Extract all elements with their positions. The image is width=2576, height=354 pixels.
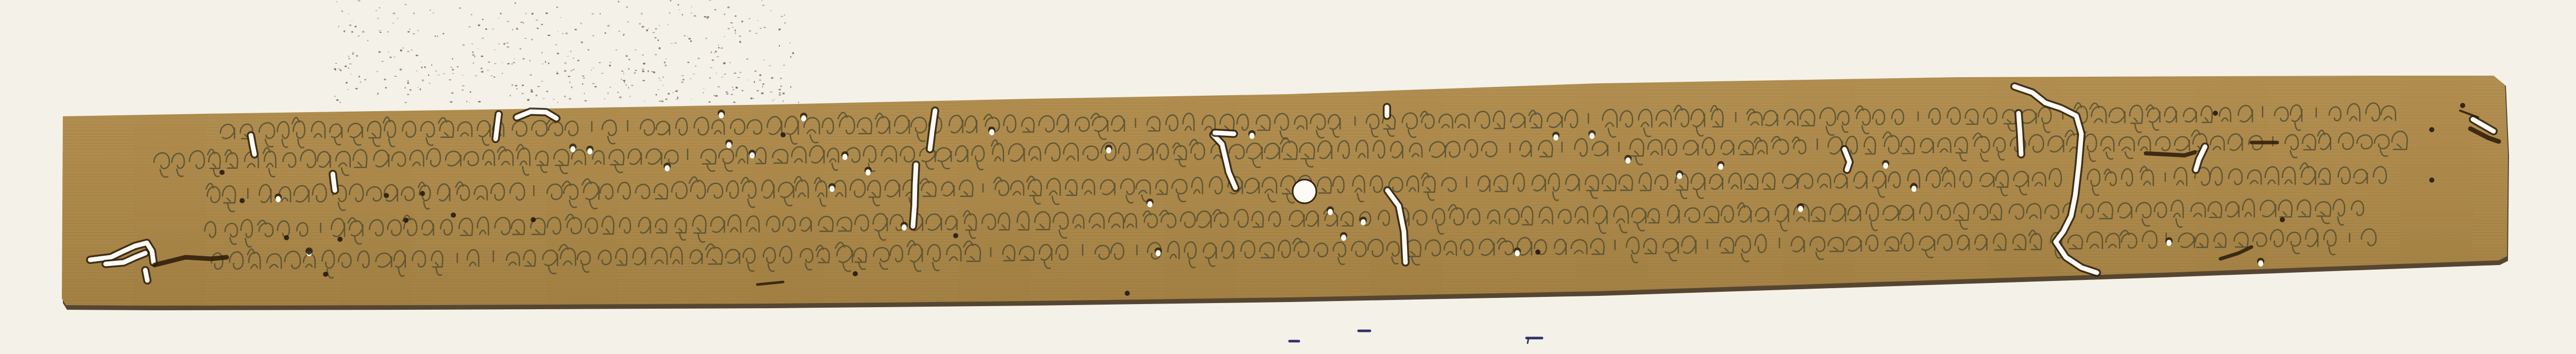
worm-tunnel-tunnel-x2430 <box>1215 133 1234 134</box>
dark-spot <box>240 198 245 203</box>
dark-spot <box>337 237 343 242</box>
dark-streak <box>2146 152 2195 155</box>
dark-spot <box>284 235 289 240</box>
dark-spot <box>451 213 456 218</box>
dark-spot <box>420 191 425 196</box>
dark-spot <box>953 233 958 238</box>
dark-spot <box>531 217 536 222</box>
dark-spot <box>2429 127 2434 132</box>
dark-spot <box>2429 178 2434 183</box>
dark-spot <box>384 193 389 198</box>
worm-tunnel-tunnel-x970 <box>496 114 499 139</box>
dark-spot <box>2213 111 2218 116</box>
dark-spot <box>403 218 409 223</box>
dark-spot <box>1535 250 1540 255</box>
dark-spot <box>1125 291 1130 296</box>
dark-spot <box>2280 217 2285 222</box>
dark-spot <box>307 250 312 255</box>
dark-spot <box>2460 103 2465 108</box>
dark-spot <box>853 271 858 276</box>
dark-spot <box>323 272 328 277</box>
worm-tunnel-tunnel-x643 <box>333 174 335 190</box>
worm-tunnel-tunnel-x1800 <box>930 111 935 149</box>
dark-spot <box>781 132 786 137</box>
manuscript-scene <box>0 0 2576 354</box>
worm-tunnel-tunnel-x490 <box>251 135 255 154</box>
dark-spot <box>219 170 225 175</box>
string-hole <box>1293 180 1316 203</box>
worm-tunnel-tunnel-x1778 <box>913 165 916 226</box>
worm-tunnel-tunnel-x3920 <box>2019 113 2021 154</box>
worm-tunnel-patch-x3560 <box>1844 149 1850 170</box>
worm-tunnel-left-end-tunnel-c <box>145 270 147 280</box>
